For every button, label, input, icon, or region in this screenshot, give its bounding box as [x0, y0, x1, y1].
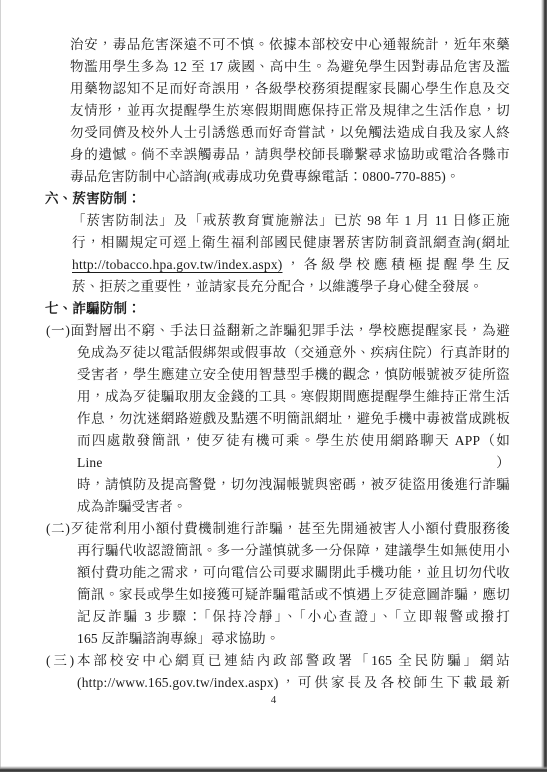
document-line: (二)歹徒常利用小額付費機制進行詐騙，甚至先開通被害人小額付費服務後 — [77, 518, 510, 540]
document-line: 勿受同儕及校外人士引誘慫恿而好奇嘗試，以免觸法造成自我及家人終 — [70, 122, 510, 144]
document-line: 物濫用學生多為 12 至 17 歲國、高中生。為避免學生因對毒品危害及濫 — [70, 56, 510, 78]
scan-edge-left — [0, 0, 1, 772]
document-line: 受害者，學生應建立安全使用智慧型手機的觀念，慎防帳號被歹徒所盜 — [77, 364, 510, 386]
tobacco-prevention-url: http://tobacco.hpa.gov.tw/index.aspx) — [72, 257, 282, 272]
section-7-heading-fraud-prevention: 七、詐騙防制： — [45, 298, 510, 320]
document-line: (一)面對層出不窮、手法日益翻新之詐騙犯罪手法，學校應提醒家長，為避 — [77, 320, 510, 342]
fraud-prevention-item-3: (三)本部校安中心網頁已連結內政部警政署「165 全民防騙」網站 (http:/… — [77, 650, 510, 694]
fraud-prevention-item-1: (一)面對層出不窮、手法日益翻新之詐騙犯罪手法，學校應提醒家長，為避 免成為歹徒… — [77, 320, 510, 518]
document-line: 成為詐騙受害者。 — [77, 496, 510, 518]
scanned-document-page: 治安，毒品危害深遠不可不慎。依據本部校安中心通報統計，近年來藥 物濫用學生多為 … — [0, 0, 547, 772]
document-line: 時，請慎防及提高警覺，切勿洩漏帳號與密碼，被歹徒盜用後進行詐騙 — [77, 474, 510, 496]
document-line: (三)本部校安中心網頁已連結內政部警政署「165 全民防騙」網站 — [77, 650, 510, 672]
document-line: 菸、拒菸之重要性，並請家長充分配合，以維護學子身心健全發展。 — [72, 276, 510, 298]
document-body: 治安，毒品危害深遠不可不慎。依據本部校安中心通報統計，近年來藥 物濫用學生多為 … — [0, 34, 547, 694]
document-line: 簡訊。家長或學生如接獲可疑詐騙電話或不慎遇上歹徒意圖詐騙，應切 — [77, 584, 510, 606]
document-line: 「菸害防制法」及「戒菸教育實施辦法」已於 98 年 1 月 11 日修正施 — [72, 210, 510, 232]
document-line: 額付費功能之需求，可向電信公司要求關閉此手機功能，並且切勿代收 — [77, 562, 510, 584]
document-line: 記反詐騙 3 步驟：「保持冷靜」、「小心查證」、「立即報警或撥打 — [77, 606, 510, 628]
scan-edge-bottom — [0, 766, 547, 772]
document-line: 再行騙代收認證簡訊。多一分謹慎就多一分保障，建議學生如無使用小 — [77, 540, 510, 562]
document-line: 免成為歹徒以電話假綁架或假事故（交通意外、疾病住院）行真詐財的 — [77, 342, 510, 364]
section-6-heading-tobacco-control: 六、菸害防制： — [45, 188, 510, 210]
scan-edge-right — [541, 0, 547, 772]
document-line: http://tobacco.hpa.gov.tw/index.aspx)，各級… — [72, 254, 510, 276]
document-line: 作息，勿沈迷網路遊戲及點選不明簡訊網址，避免手機中毒被當成跳板 — [77, 408, 510, 430]
document-line: 身的遺憾。倘不幸誤觸毒品，請與學校師長聯繫尋求協助或電洽各縣市 — [70, 144, 510, 166]
document-line: (http://www.165.gov.tw/index.aspx)，可供家長及… — [77, 672, 510, 694]
document-line: 行，相關規定可逕上衛生福利部國民健康署菸害防制資訊網查詢(網址 — [72, 232, 510, 254]
document-line-text: ，各級學校應積極提醒學生反 — [282, 257, 510, 272]
document-line: 用藥物認知不足而好奇誤用，各級學校務須提醒家長關心學生作息及交 — [70, 78, 510, 100]
paragraph-drug-prevention-continuation: 治安，毒品危害深遠不可不慎。依據本部校安中心通報統計，近年來藥 物濫用學生多為 … — [70, 34, 510, 188]
document-line: 而四處散發簡訊，使歹徒有機可乘。學生於使用網路聊天 APP（如 Line） — [77, 430, 510, 474]
document-line: 治安，毒品危害深遠不可不慎。依據本部校安中心通報統計，近年來藥 — [70, 34, 510, 56]
document-line: 友情形，並再次提醒學生於寒假期間應保持正常及規律之生活作息，切 — [70, 100, 510, 122]
page-number: 4 — [0, 694, 547, 706]
document-line: 165 反詐騙諮詢專線」尋求協助。 — [77, 628, 510, 650]
fraud-prevention-item-2: (二)歹徒常利用小額付費機制進行詐騙，甚至先開通被害人小額付費服務後 再行騙代收… — [77, 518, 510, 650]
document-line: 用，成為歹徒騙取朋友金錢的工具。寒假期間應提醒學生維持正常生活 — [77, 386, 510, 408]
paragraph-tobacco-control: 「菸害防制法」及「戒菸教育實施辦法」已於 98 年 1 月 11 日修正施 行，… — [72, 210, 510, 298]
document-line: 毒品危害防制中心諮詢(戒毒成功免費專線電話：0800-770-885)。 — [70, 166, 510, 188]
